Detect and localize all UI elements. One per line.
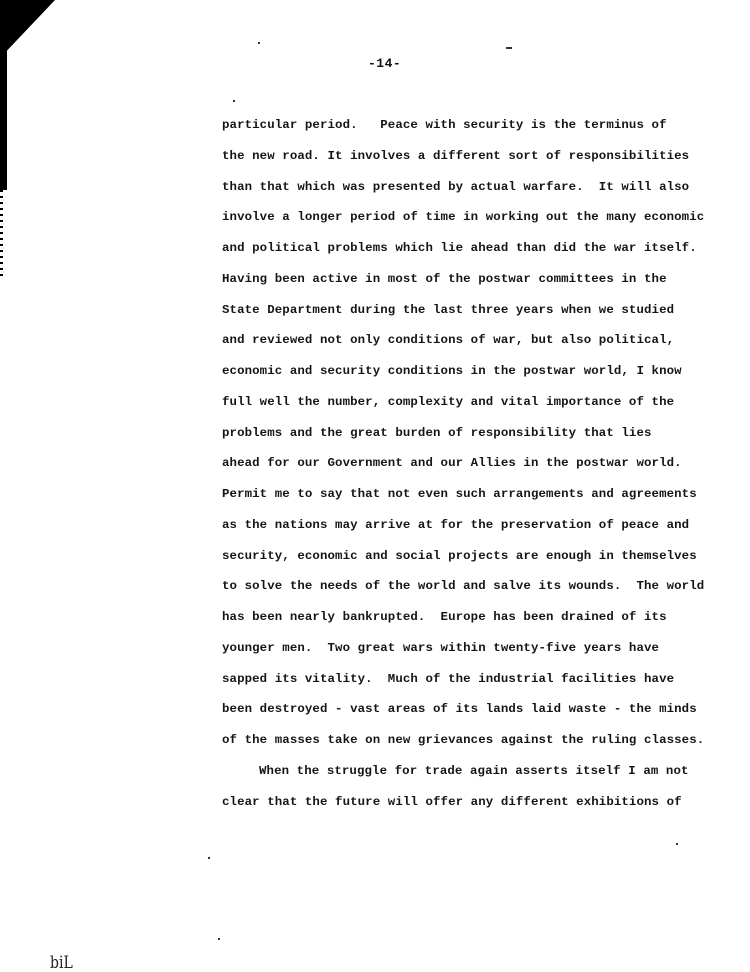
page-number: -14- <box>368 56 401 71</box>
scan-speck <box>676 843 678 845</box>
text-line: particular period. Peace with security i… <box>222 116 722 147</box>
scan-speck <box>208 857 210 859</box>
text-line: involve a longer period of time in worki… <box>222 208 722 239</box>
text-line: State Department during the last three y… <box>222 301 722 332</box>
text-line: younger men. Two great wars within twent… <box>222 639 722 670</box>
text-line: has been nearly bankrupted. Europe has b… <box>222 608 722 639</box>
text-line: and political problems which lie ahead t… <box>222 239 722 270</box>
text-line: to solve the needs of the world and salv… <box>222 577 722 608</box>
scan-speck <box>506 47 512 49</box>
scan-speck <box>218 938 220 940</box>
text-line: and reviewed not only conditions of war,… <box>222 331 722 362</box>
text-line: the new road. It involves a different so… <box>222 147 722 178</box>
scan-speck <box>233 100 235 102</box>
scan-shadow-noise <box>0 190 3 280</box>
scan-speck <box>258 42 260 44</box>
text-line: clear that the future will offer any dif… <box>222 793 722 824</box>
text-line: than that which was presented by actual … <box>222 178 722 209</box>
text-line: as the nations may arrive at for the pre… <box>222 516 722 547</box>
text-line: problems and the great burden of respons… <box>222 424 722 455</box>
scan-shadow-edge <box>0 0 7 190</box>
paragraph-first-line: When the struggle for trade again assert… <box>222 762 722 793</box>
handwritten-mark: biL <box>50 953 73 972</box>
text-line: of the masses take on new grievances aga… <box>222 731 722 762</box>
text-line: been destroyed - vast areas of its lands… <box>222 700 722 731</box>
text-line: full well the number, complexity and vit… <box>222 393 722 424</box>
text-line: Having been active in most of the postwa… <box>222 270 722 301</box>
text-line: Permit me to say that not even such arra… <box>222 485 722 516</box>
scan-shadow-corner <box>0 0 55 58</box>
text-line: ahead for our Government and our Allies … <box>222 454 722 485</box>
text-line: sapped its vitality. Much of the industr… <box>222 670 722 701</box>
text-line: economic and security conditions in the … <box>222 362 722 393</box>
body-text: particular period. Peace with security i… <box>222 116 722 823</box>
text-line: security, economic and social projects a… <box>222 547 722 578</box>
